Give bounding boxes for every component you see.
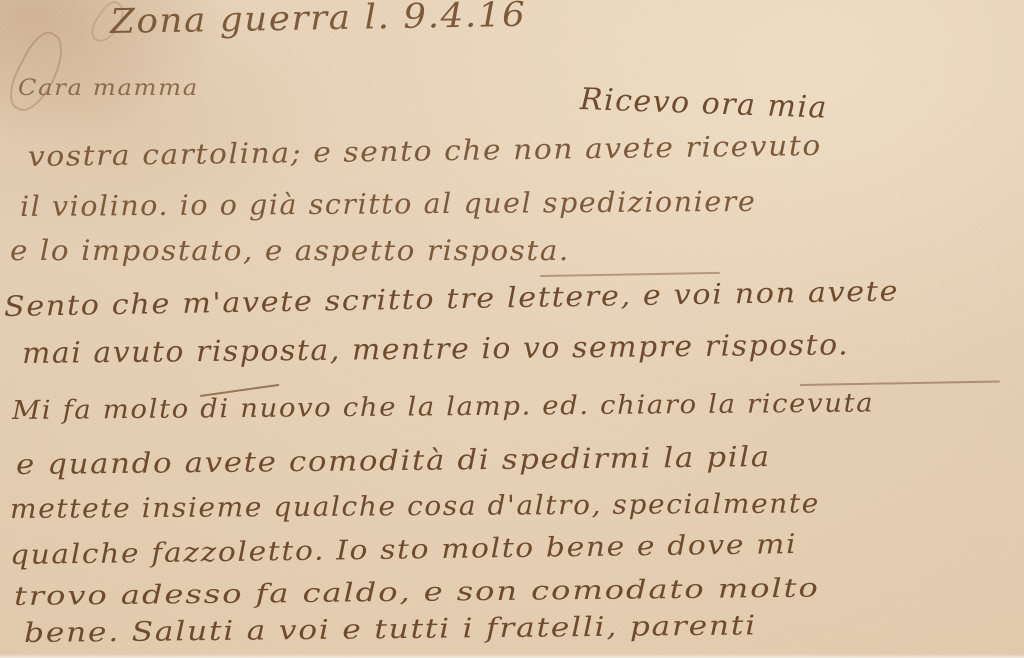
place-date-header: Zona guerra l. 9.4.16: [110, 0, 527, 42]
letter-line: mai avuto risposta, mentre io vo sempre …: [22, 327, 850, 370]
letter-line: Ricevo ora mia: [579, 82, 828, 126]
ink-smudge: [1, 26, 74, 118]
postcard: Zona guerra l. 9.4.16 Cara mamma Ricevo …: [0, 0, 1024, 658]
pen-stroke: [800, 381, 1000, 386]
paper-edge: [0, 654, 1024, 658]
letter-line: e lo impostato, e aspetto risposta.: [10, 234, 570, 267]
letter-line: mettete insieme qualche cosa d'altro, sp…: [10, 488, 820, 525]
letter-line: vostra cartolina; e sento che non avete …: [28, 129, 822, 173]
letter-line: trovo adesso fa caldo, e son comodato mo…: [14, 574, 820, 612]
salutation: Cara mamma: [18, 76, 199, 101]
letter-line: il violino. io o già scritto al quel spe…: [20, 185, 757, 223]
letter-line: bene. Saluti a voi e tutti i fratelli, p…: [24, 610, 757, 649]
letter-line: Mi fa molto di nuovo che la lamp. ed. ch…: [12, 388, 874, 426]
letter-line: qualche fazzoletto. Io sto molto bene e …: [10, 529, 798, 571]
letter-line: Sento che m'avete scritto tre lettere, e…: [4, 274, 900, 323]
pen-stroke: [540, 272, 720, 277]
letter-line: e quando avete comodità di spedirmi la p…: [16, 440, 771, 481]
